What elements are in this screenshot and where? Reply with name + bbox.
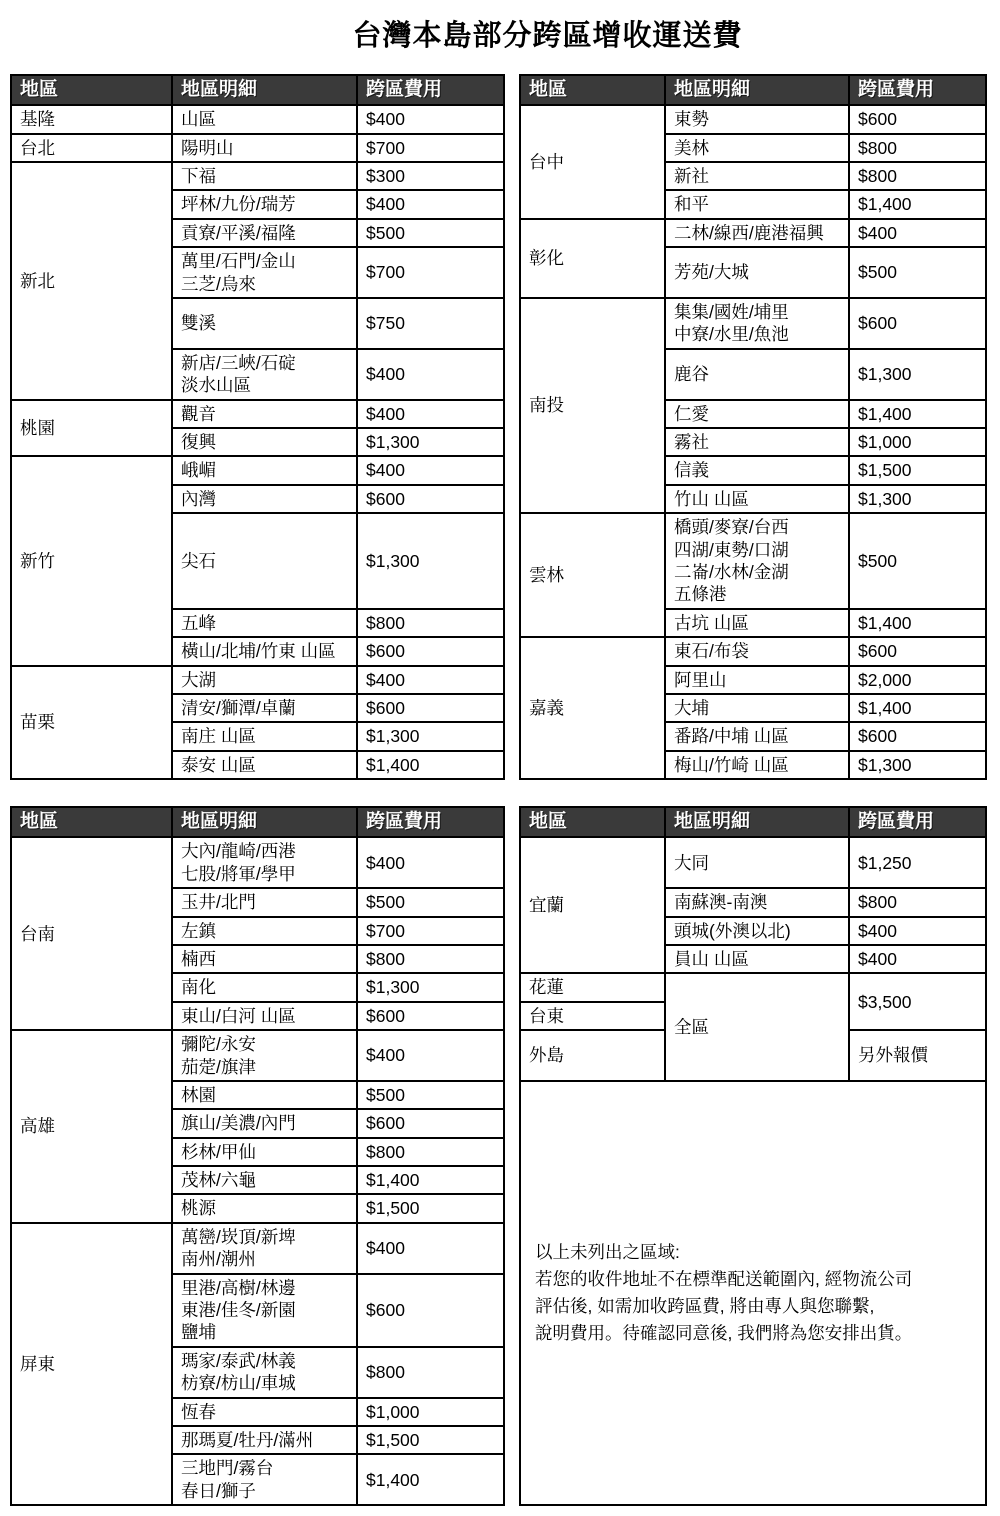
- column-gap: [504, 1426, 520, 1454]
- fee-cell: $3,500: [849, 973, 986, 1030]
- detail-cell: 雙溪: [172, 298, 357, 349]
- fee-cell: $600: [357, 694, 504, 722]
- detail-cell: 集集/國姓/埔里 中寮/水里/魚池: [665, 298, 849, 349]
- region-cell: 台東: [520, 1002, 665, 1030]
- column-gap: [504, 105, 520, 133]
- region-cell: 桃園: [11, 400, 172, 457]
- detail-cell: 新社: [665, 162, 849, 190]
- column-gap: [504, 609, 520, 637]
- column-gap: [504, 1274, 520, 1347]
- fee-cell: $400: [357, 400, 504, 428]
- detail-cell: 梅山/竹崎 山區: [665, 751, 849, 779]
- column-gap: [504, 1030, 520, 1081]
- region-cell: 高雄: [11, 1030, 172, 1223]
- fee-cell: $500: [357, 888, 504, 916]
- fee-cell: $1,300: [357, 513, 504, 609]
- detail-cell: 恆春: [172, 1398, 357, 1426]
- detail-cell: 泰安 山區: [172, 751, 357, 779]
- fee-cell: $1,300: [357, 722, 504, 750]
- detail-cell: 瑪家/泰武/林義 枋寮/枋山/車城: [172, 1347, 357, 1398]
- fee-cell: $1,400: [849, 609, 986, 637]
- fee-cell: $600: [357, 1274, 504, 1347]
- column-header: 跨區費用: [357, 807, 504, 837]
- column-header: 跨區費用: [849, 807, 986, 837]
- fee-cell: $700: [357, 247, 504, 298]
- fee-cell: $800: [357, 1347, 504, 1398]
- detail-cell: 東石/布袋: [665, 637, 849, 665]
- detail-cell: 林園: [172, 1081, 357, 1109]
- fee-cell: $800: [357, 945, 504, 973]
- fee-cell: $600: [357, 485, 504, 513]
- detail-cell: 員山 山區: [665, 945, 849, 973]
- column-gap: [504, 1002, 520, 1030]
- column-gap: [504, 807, 520, 837]
- column-header: 地區: [11, 807, 172, 837]
- fee-cell: $400: [357, 349, 504, 400]
- column-gap: [504, 190, 520, 218]
- column-header: 地區明細: [665, 807, 849, 837]
- detail-cell: 東山/白河 山區: [172, 1002, 357, 1030]
- page: 台灣本島部分跨區增收運送費 地區地區明細跨區費用地區地區明細跨區費用基隆山區$4…: [0, 0, 1000, 1516]
- column-gap: [504, 513, 520, 609]
- region-cell: 苗栗: [11, 666, 172, 780]
- detail-cell: 信義: [665, 456, 849, 484]
- column-gap: [504, 1138, 520, 1166]
- fee-cell: $400: [849, 917, 986, 945]
- fee-cell: $600: [849, 722, 986, 750]
- fee-cell: $1,400: [849, 400, 986, 428]
- column-gap: [504, 751, 520, 779]
- detail-cell: 二林/線西/鹿港福興: [665, 219, 849, 247]
- column-gap: [504, 722, 520, 750]
- fee-cell: $1,400: [849, 190, 986, 218]
- fee-cell: $1,300: [357, 428, 504, 456]
- detail-cell: 觀音: [172, 400, 357, 428]
- detail-cell: 霧社: [665, 428, 849, 456]
- column-gap: [504, 1081, 520, 1109]
- region-cell: 嘉義: [520, 637, 665, 779]
- fee-cell: $1,400: [849, 694, 986, 722]
- column-gap: [504, 694, 520, 722]
- detail-cell: 番路/中埔 山區: [665, 722, 849, 750]
- fee-cell: 另外報價: [849, 1030, 986, 1081]
- column-gap: [504, 1223, 520, 1274]
- fee-cell: $1,000: [849, 428, 986, 456]
- detail-cell: 彌陀/永安 茄萣/旗津: [172, 1030, 357, 1081]
- fee-cell: $600: [849, 298, 986, 349]
- detail-cell: 旗山/美濃/內門: [172, 1109, 357, 1137]
- column-gap: [504, 1347, 520, 1398]
- region-cell: 花蓮: [520, 973, 665, 1001]
- fee-cell: $400: [357, 456, 504, 484]
- column-header: 地區明細: [172, 75, 357, 105]
- detail-cell: 萬巒/崁頂/新埤 南州/潮州: [172, 1223, 357, 1274]
- column-gap: [504, 837, 520, 888]
- fee-cell: $800: [357, 1138, 504, 1166]
- detail-cell: 南蘇澳-南澳: [665, 888, 849, 916]
- detail-cell: 桃源: [172, 1194, 357, 1222]
- detail-cell: 南化: [172, 973, 357, 1001]
- region-cell: 屏東: [11, 1223, 172, 1505]
- column-gap: [504, 485, 520, 513]
- detail-cell: 清安/獅潭/卓蘭: [172, 694, 357, 722]
- fee-cell: $400: [357, 190, 504, 218]
- column-gap: [504, 1166, 520, 1194]
- detail-cell: 古坑 山區: [665, 609, 849, 637]
- detail-cell: 茂林/六龜: [172, 1166, 357, 1194]
- fee-cell: $400: [357, 105, 504, 133]
- column-gap: [504, 162, 520, 190]
- fee-cell: $500: [357, 1081, 504, 1109]
- detail-cell: 楠西: [172, 945, 357, 973]
- detail-cell: 復興: [172, 428, 357, 456]
- fee-cell: $400: [357, 837, 504, 888]
- region-cell: 南投: [520, 298, 665, 513]
- fee-cell: $1,000: [357, 1398, 504, 1426]
- column-gap: [504, 945, 520, 973]
- detail-cell: 鹿谷: [665, 349, 849, 400]
- column-gap: [504, 298, 520, 349]
- region-cell: 台南: [11, 837, 172, 1030]
- fee-cell: $800: [357, 609, 504, 637]
- column-gap: [504, 134, 520, 162]
- fee-cell: $600: [849, 105, 986, 133]
- detail-cell: 美林: [665, 134, 849, 162]
- fee-cell: $1,300: [357, 973, 504, 1001]
- region-cell: 新北: [11, 162, 172, 400]
- fee-cell: $1,400: [357, 751, 504, 779]
- detail-cell: 芳苑/大城: [665, 247, 849, 298]
- fee-cell: $500: [357, 219, 504, 247]
- fee-cell: $1,300: [849, 485, 986, 513]
- detail-cell: 左鎮: [172, 917, 357, 945]
- detail-cell: 頭城(外澳以北): [665, 917, 849, 945]
- fee-cell: $1,500: [357, 1426, 504, 1454]
- fee-cell: $300: [357, 162, 504, 190]
- column-gap: [504, 75, 520, 105]
- column-header: 地區: [520, 75, 665, 105]
- detail-cell: 萬里/石門/金山 三芝/烏來: [172, 247, 357, 298]
- column-gap: [504, 400, 520, 428]
- region-cell: 基隆: [11, 105, 172, 133]
- detail-cell: 大湖: [172, 666, 357, 694]
- region-cell: 彰化: [520, 219, 665, 298]
- detail-cell: 貢寮/平溪/福隆: [172, 219, 357, 247]
- column-gap: [504, 888, 520, 916]
- fee-cell: $1,300: [849, 349, 986, 400]
- detail-cell: 東勢: [665, 105, 849, 133]
- fee-cell: $400: [357, 666, 504, 694]
- fee-cell: $1,500: [849, 456, 986, 484]
- fee-cell: $600: [357, 1002, 504, 1030]
- fee-cell: $700: [357, 134, 504, 162]
- fee-cell: $700: [357, 917, 504, 945]
- fee-table-north: 地區地區明細跨區費用地區地區明細跨區費用基隆山區$400台中東勢$600台北陽明…: [10, 74, 987, 780]
- detail-cell: 杉林/甲仙: [172, 1138, 357, 1166]
- page-title: 台灣本島部分跨區增收運送費: [10, 13, 985, 54]
- column-gap: [504, 219, 520, 247]
- detail-cell: 大同: [665, 837, 849, 888]
- fee-cell: $400: [357, 1030, 504, 1081]
- detail-cell: 大埔: [665, 694, 849, 722]
- detail-cell: 山區: [172, 105, 357, 133]
- fee-table-south: 地區地區明細跨區費用地區地區明細跨區費用台南大內/龍崎/西港 七股/將軍/學甲$…: [10, 806, 987, 1506]
- detail-cell: 峨嵋: [172, 456, 357, 484]
- detail-cell: 南庄 山區: [172, 722, 357, 750]
- column-header: 地區: [11, 75, 172, 105]
- fee-cell: $800: [849, 134, 986, 162]
- column-header: 跨區費用: [357, 75, 504, 105]
- column-gap: [504, 247, 520, 298]
- column-gap: [504, 1398, 520, 1426]
- detail-cell: 阿里山: [665, 666, 849, 694]
- detail-cell: 五峰: [172, 609, 357, 637]
- column-gap: [504, 666, 520, 694]
- column-header: 跨區費用: [849, 75, 986, 105]
- fee-cell: $1,500: [357, 1194, 504, 1222]
- fee-cell: $600: [357, 1109, 504, 1137]
- region-cell: 宜蘭: [520, 837, 665, 973]
- fee-cell: $400: [357, 1223, 504, 1274]
- note-cell: 以上未列出之區域: 若您的收件地址不在標準配送範圍內, 經物流公司 評估後, 如…: [520, 1081, 986, 1505]
- detail-cell: 全區: [665, 973, 849, 1081]
- region-cell: 新竹: [11, 456, 172, 665]
- fee-cell: $1,300: [849, 751, 986, 779]
- detail-cell: 下福: [172, 162, 357, 190]
- detail-cell: 坪林/九份/瑞芳: [172, 190, 357, 218]
- region-cell: 台北: [11, 134, 172, 162]
- column-gap: [504, 456, 520, 484]
- fee-cell: $1,400: [357, 1166, 504, 1194]
- fee-cell: $800: [849, 888, 986, 916]
- detail-cell: 大內/龍崎/西港 七股/將軍/學甲: [172, 837, 357, 888]
- detail-cell: 橋頭/麥寮/台西 四湖/東勢/口湖 二崙/水林/金湖 五條港: [665, 513, 849, 609]
- fee-cell: $800: [849, 162, 986, 190]
- fee-cell: $600: [849, 637, 986, 665]
- fee-cell: $400: [849, 219, 986, 247]
- column-header: 地區: [520, 807, 665, 837]
- column-gap: [504, 1109, 520, 1137]
- fee-cell: $400: [849, 945, 986, 973]
- detail-cell: 玉井/北門: [172, 888, 357, 916]
- region-cell: 台中: [520, 105, 665, 219]
- fee-cell: $1,250: [849, 837, 986, 888]
- detail-cell: 尖石: [172, 513, 357, 609]
- detail-cell: 里港/高樹/林邊 東港/佳冬/新園 鹽埔: [172, 1274, 357, 1347]
- column-gap: [504, 917, 520, 945]
- detail-cell: 和平: [665, 190, 849, 218]
- column-gap: [504, 428, 520, 456]
- column-header: 地區明細: [665, 75, 849, 105]
- column-gap: [504, 349, 520, 400]
- detail-cell: 陽明山: [172, 134, 357, 162]
- column-gap: [504, 637, 520, 665]
- detail-cell: 那瑪夏/牡丹/滿州: [172, 1426, 357, 1454]
- detail-cell: 橫山/北埔/竹東 山區: [172, 637, 357, 665]
- detail-cell: 竹山 山區: [665, 485, 849, 513]
- detail-cell: 內灣: [172, 485, 357, 513]
- region-cell: 雲林: [520, 513, 665, 637]
- fee-cell: $500: [849, 247, 986, 298]
- column-header: 地區明細: [172, 807, 357, 837]
- detail-cell: 仁愛: [665, 400, 849, 428]
- fee-cell: $2,000: [849, 666, 986, 694]
- column-gap: [504, 1194, 520, 1222]
- region-cell: 外島: [520, 1030, 665, 1081]
- fee-cell: $500: [849, 513, 986, 609]
- fee-cell: $600: [357, 637, 504, 665]
- detail-cell: 新店/三峽/石碇 淡水山區: [172, 349, 357, 400]
- fee-cell: $750: [357, 298, 504, 349]
- column-gap: [504, 973, 520, 1001]
